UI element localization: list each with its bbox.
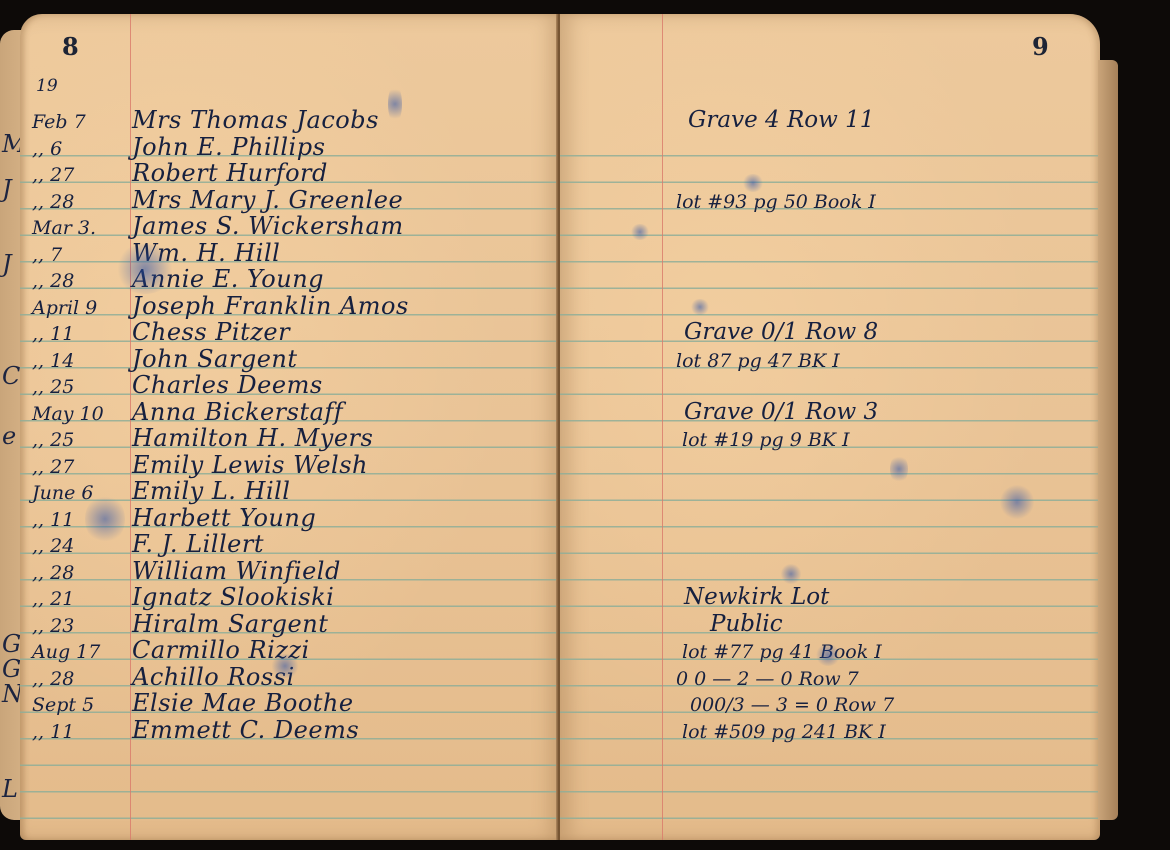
right-page: 9 Grave 4 Row 11lot #93 pg 50 Book IGrav… (560, 14, 1100, 840)
plot-note: 000/3 — 3 = 0 Row 7 (560, 691, 1100, 718)
register-entry: ,, 11Chess Pitzer (20, 320, 560, 347)
note-text: Newkirk Lot (684, 584, 829, 610)
entry-date: ,, 28 (32, 191, 122, 213)
entry-name: Hiralm Sargent (132, 610, 328, 638)
underlying-margin-letter: L (2, 775, 18, 803)
page-edges (1098, 60, 1118, 820)
note-text: lot #509 pg 241 BK I (682, 721, 886, 743)
entry-name: Emily Lewis Welsh (132, 451, 368, 479)
ink-blot (780, 564, 802, 584)
left-page: 8 19 Feb 7Mrs Thomas Jacobs,, 6John E. P… (20, 14, 560, 840)
note-text: 000/3 — 3 = 0 Row 7 (690, 694, 894, 716)
note-text: lot #93 pg 50 Book I (676, 191, 876, 213)
underlying-margin-letter: G (2, 630, 21, 658)
entry-name: F. J. Lillert (132, 530, 264, 558)
entry-date: April 9 (32, 297, 122, 319)
entry-date: Aug 17 (32, 641, 122, 663)
note-text: Grave 4 Row 11 (688, 107, 874, 133)
entry-date: ,, 27 (32, 164, 122, 186)
entry-date: ,, 28 (32, 270, 122, 292)
entry-name: James S. Wickersham (132, 212, 404, 240)
entry-date: ,, 27 (32, 456, 122, 478)
plot-note: Grave 0/1 Row 3 (560, 399, 1100, 426)
underlying-margin-letter: C (2, 362, 20, 390)
register-entry: ,, 27Emily Lewis Welsh (20, 452, 560, 479)
entry-date: Feb 7 (32, 111, 122, 133)
ink-blot (815, 644, 841, 666)
register-entry: ,, 28William Winfield (20, 558, 560, 585)
page-number: 9 (1032, 32, 1049, 61)
plot-note: Grave 0/1 Row 8 (560, 320, 1100, 347)
ink-blot (115, 244, 175, 294)
note-text: Grave 0/1 Row 8 (684, 319, 878, 345)
register-entry: ,, 25Hamilton H. Myers (20, 426, 560, 453)
note-text: lot #77 pg 41 Book I (682, 641, 882, 663)
year-mark: 19 (36, 76, 58, 96)
entry-name: Ignatz Slookiski (132, 583, 334, 611)
entry-name: Joseph Franklin Amos (132, 292, 409, 320)
entry-date: ,, 11 (32, 721, 122, 743)
entry-name: Mrs Thomas Jacobs (132, 106, 379, 134)
entry-name: Emily L. Hill (132, 477, 290, 505)
entry-name: Elsie Mae Boothe (132, 689, 354, 717)
register-entry: ,, 28Annie E. Young (20, 267, 560, 294)
ink-blot (85, 494, 125, 544)
entry-name: Chess Pitzer (132, 318, 290, 346)
page-number: 8 (62, 32, 79, 61)
note-text: lot #19 pg 9 BK I (682, 429, 850, 451)
entry-date: ,, 25 (32, 429, 122, 451)
entry-date: ,, 7 (32, 244, 122, 266)
entry-date: Mar 3. (32, 217, 122, 239)
plot-note: 0 0 — 2 — 0 Row 7 (560, 664, 1100, 691)
note-text: 0 0 — 2 — 0 Row 7 (676, 668, 859, 690)
register-entry: ,, 25Charles Deems (20, 373, 560, 400)
register-entry: ,, 11Emmett C. Deems (20, 717, 560, 744)
entry-date: May 10 (32, 403, 122, 425)
entry-date: ,, 6 (32, 138, 122, 160)
register-entry: ,, 14John Sargent (20, 346, 560, 373)
ink-blot (890, 454, 908, 484)
register-entry: Sept 5Elsie Mae Boothe (20, 691, 560, 718)
entry-name: William Winfield (132, 557, 341, 585)
ink-blot (1000, 484, 1034, 520)
register-entry: ,, 28Mrs Mary J. Greenlee (20, 187, 560, 214)
entry-name: Harbett Young (132, 504, 316, 532)
register-entry: Feb 7Mrs Thomas Jacobs (20, 108, 560, 135)
register-entry: May 10Anna Bickerstaff (20, 399, 560, 426)
entry-name: Robert Hurford (132, 159, 328, 187)
entry-date: ,, 28 (32, 562, 122, 584)
underlying-margin-letter: J (2, 175, 12, 203)
entry-name: John Sargent (132, 345, 298, 373)
ink-blot (388, 84, 402, 124)
note-text: Grave 0/1 Row 3 (684, 399, 878, 425)
entry-date: ,, 28 (32, 668, 122, 690)
entry-date: ,, 21 (32, 588, 122, 610)
plot-note: Newkirk Lot (560, 585, 1100, 612)
register-entry: ,, 23Hiralm Sargent (20, 611, 560, 638)
register-entry: Mar 3.James S. Wickersham (20, 214, 560, 241)
underlying-margin-letter: G (2, 655, 21, 683)
register-entry: ,, 6John E. Phillips (20, 134, 560, 161)
entry-name: Emmett C. Deems (132, 716, 359, 744)
note-text: lot 87 pg 47 BK I (676, 350, 840, 372)
ink-blot (270, 654, 300, 678)
entry-date: ,, 23 (32, 615, 122, 637)
entry-name: Hamilton H. Myers (132, 424, 373, 452)
entry-date: ,, 14 (32, 350, 122, 372)
plot-note: lot #509 pg 241 BK I (560, 717, 1100, 744)
entry-name: Mrs Mary J. Greenlee (132, 186, 403, 214)
plot-note: lot 87 pg 47 BK I (560, 346, 1100, 373)
ink-blot (630, 224, 650, 240)
open-notebook: MJJCeGGNL 8 19 Feb 7Mrs Thomas Jacobs,, … (0, 0, 1170, 850)
plot-note: Grave 4 Row 11 (560, 108, 1100, 135)
plot-note: Public (560, 611, 1100, 638)
entry-date: Sept 5 (32, 694, 122, 716)
entry-name: Charles Deems (132, 371, 323, 399)
register-entry: ,, 27Robert Hurford (20, 161, 560, 188)
register-entry: ,, 21Ignatz Slookiski (20, 585, 560, 612)
plot-note: lot #19 pg 9 BK I (560, 426, 1100, 453)
entry-name: Anna Bickerstaff (132, 398, 343, 426)
ink-blot (742, 174, 764, 192)
entry-date: ,, 11 (32, 323, 122, 345)
entry-date: ,, 25 (32, 376, 122, 398)
register-entry: April 9Joseph Franklin Amos (20, 293, 560, 320)
ink-blot (690, 299, 710, 315)
underlying-margin-letter: J (2, 250, 12, 278)
register-entry: ,, 7Wm. H. Hill (20, 240, 560, 267)
plot-note: lot #93 pg 50 Book I (560, 187, 1100, 214)
entry-name: John E. Phillips (132, 133, 325, 161)
note-text: Public (710, 611, 783, 637)
underlying-margin-letter: e (2, 422, 16, 450)
